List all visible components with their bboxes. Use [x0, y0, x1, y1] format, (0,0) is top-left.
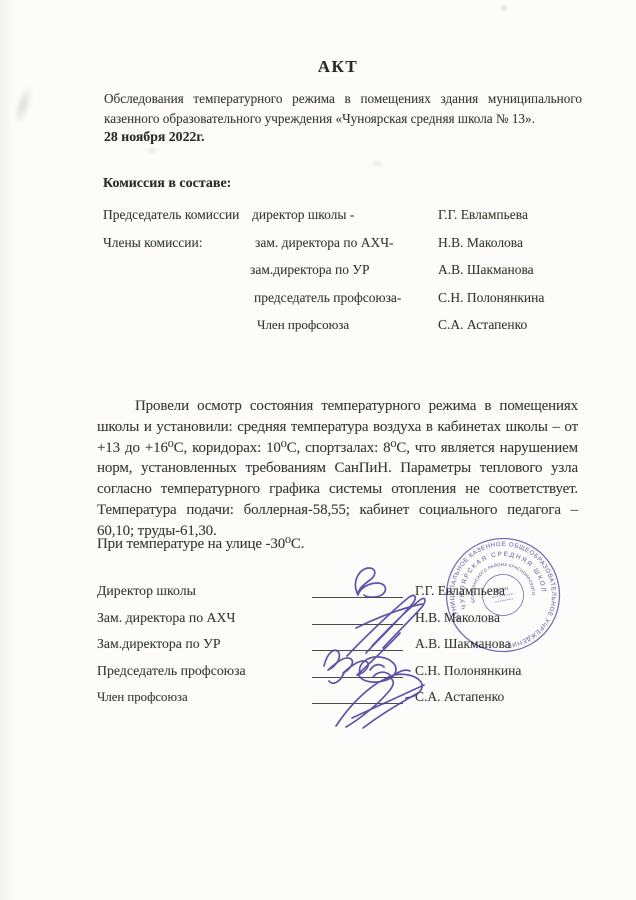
signature-row: Председатель профсоюза С.Н. Полонянкина	[97, 658, 577, 685]
commission-position: председатель профсоюза-	[250, 284, 438, 312]
scanned-document-page: АКТ Обследования температурного режима в…	[0, 0, 636, 900]
commission-member-name: С.А. Астапенко	[438, 311, 583, 339]
signature-role-label: Председатель профсоюза	[97, 663, 246, 678]
signature-role-label: Зам.директора по УР	[97, 636, 221, 651]
signatory-name: С.Н. Полонянкина	[415, 658, 521, 685]
commission-heading: Комиссия в составе:	[103, 176, 231, 192]
document-subject-paragraph: Обследования температурного режима в пом…	[104, 89, 582, 128]
commission-row: Член профсоюза С.А. Астапенко	[103, 311, 583, 339]
signature-row: Член профсоюза С.А. Астапенко	[97, 684, 577, 711]
commission-position: директор школы -	[250, 201, 438, 229]
signature-line	[312, 684, 403, 704]
signature-line	[312, 631, 403, 651]
commission-row: председатель профсоюза- С.Н. Полонянкина	[103, 284, 583, 312]
signature-line	[312, 578, 403, 598]
commission-role: Члены комиссии:	[103, 229, 250, 257]
commission-role	[103, 284, 250, 312]
commission-member-name: А.В. Шакманова	[438, 256, 583, 284]
signatory-name: Г.Г. Евлампьева	[415, 578, 505, 605]
commission-member-name: С.Н. Полонянкина	[438, 284, 583, 312]
commission-row: Члены комиссии: зам. директора по АХЧ- Н…	[103, 229, 583, 257]
commission-position: Член профсоюза	[250, 311, 438, 339]
scan-smudge	[370, 160, 384, 167]
findings-paragraph: Провели осмотр состояния температурного …	[97, 396, 578, 542]
signatory-name: А.В. Шакманова	[415, 631, 511, 658]
signature-role-label: Зам. директора по АХЧ	[97, 610, 235, 625]
scan-smudge	[146, 147, 158, 154]
commission-role: Председатель комиссии	[103, 201, 250, 229]
signature-role-label: Член профсоюза	[97, 690, 188, 704]
signature-line	[312, 658, 403, 678]
signature-role-label: Директор школы	[97, 583, 196, 598]
commission-row: зам.директора по УР А.В. Шакманова	[103, 256, 583, 284]
signature-row: Зам. директора по АХЧ Н.В. Маколова	[97, 605, 577, 632]
commission-position: зам.директора по УР	[250, 256, 438, 284]
signature-line	[312, 605, 403, 625]
scan-smudge	[10, 83, 36, 127]
commission-member-name: Г.Г. Евлампьева	[438, 201, 583, 229]
commission-role	[103, 311, 250, 339]
document-title: АКТ	[97, 57, 579, 77]
commission-table: Председатель комиссии директор школы - Г…	[103, 201, 583, 339]
signature-row: Директор школы Г.Г. Евлампьева	[97, 578, 577, 605]
scan-smudge	[500, 4, 508, 12]
document-date: 28 ноября 2022г.	[104, 127, 205, 147]
commission-position: зам. директора по АХЧ-	[250, 229, 438, 257]
commission-member-name: Н.В. Маколова	[438, 229, 583, 257]
commission-role	[103, 256, 250, 284]
commission-row: Председатель комиссии директор школы - Г…	[103, 201, 583, 229]
signatory-name: Н.В. Маколова	[415, 605, 500, 632]
signature-block: Директор школы Г.Г. Евлампьева Зам. дире…	[97, 578, 577, 711]
findings-text: Провели осмотр состояния температурного …	[97, 396, 578, 542]
outdoor-temperature-line: При температуре на улице -30⁰С.	[97, 534, 578, 555]
signatory-name: С.А. Астапенко	[415, 684, 504, 711]
signature-row: Зам.директора по УР А.В. Шакманова	[97, 631, 577, 658]
